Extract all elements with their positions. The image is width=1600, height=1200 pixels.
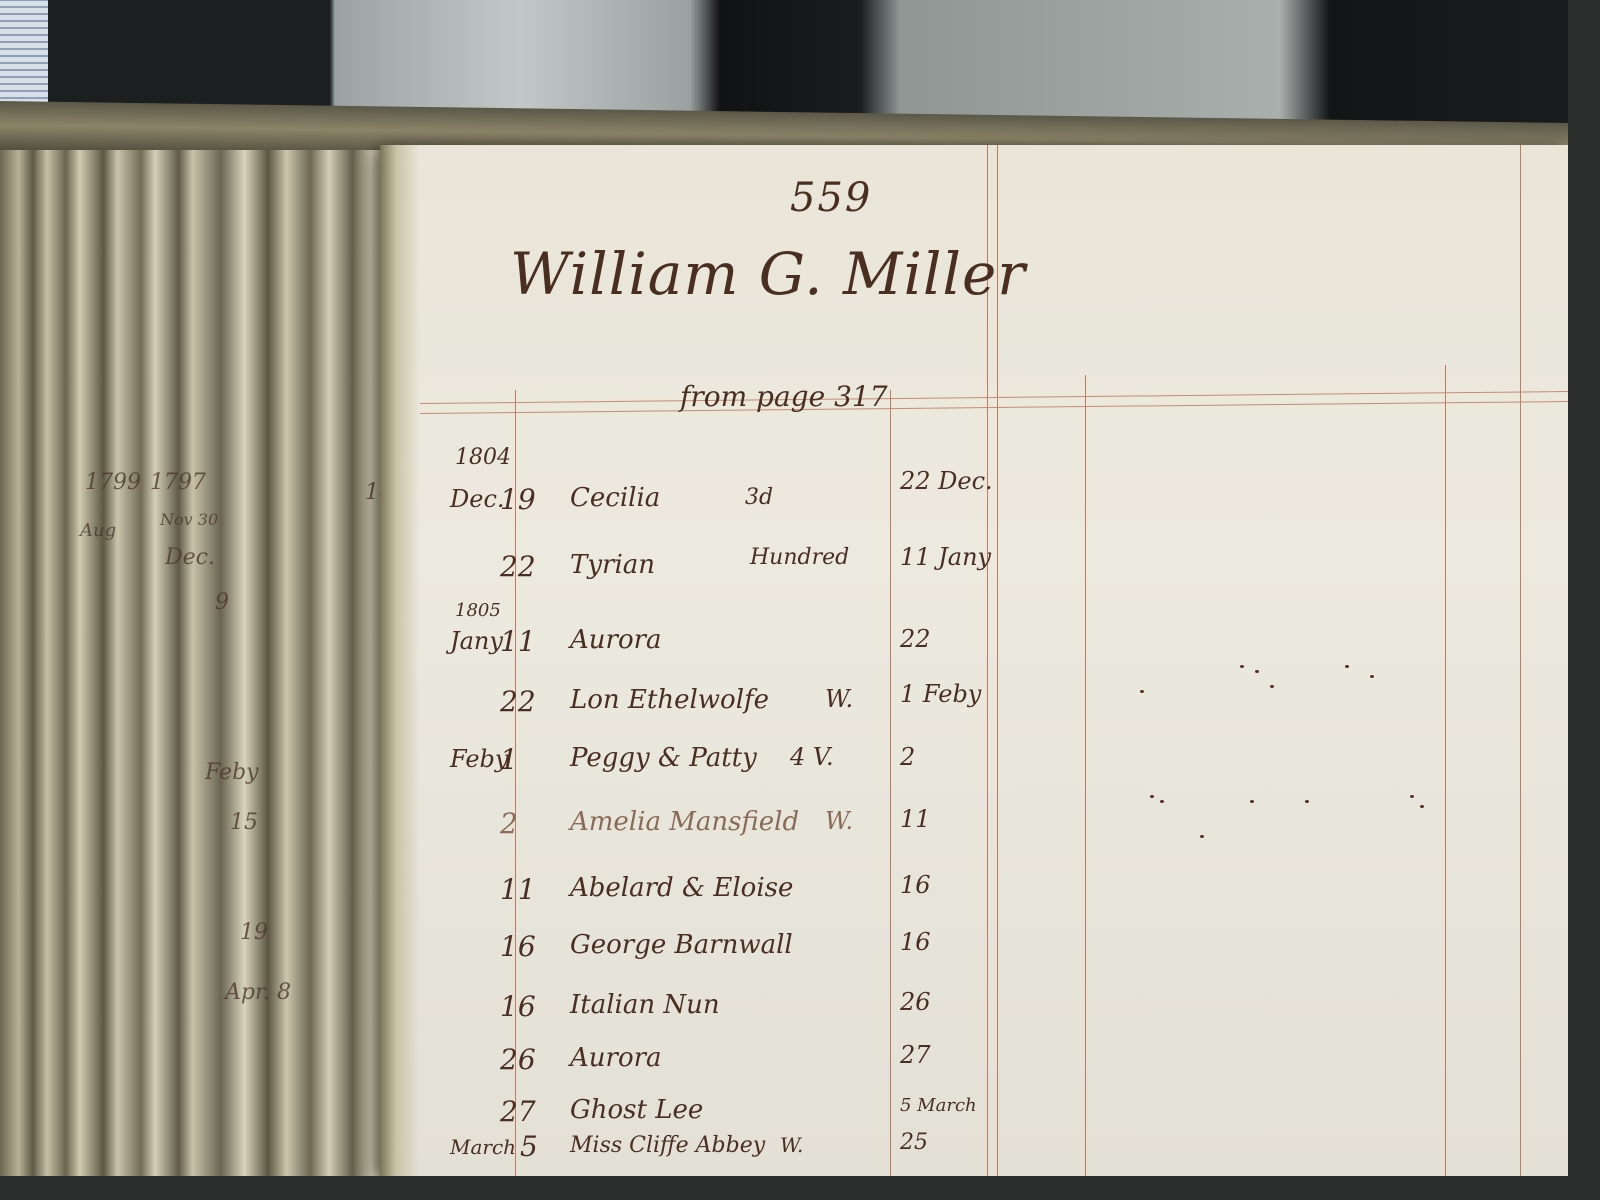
ledger-page: 559 William G. Miller from page 317 1804…	[380, 145, 1568, 1176]
entry-to-date: 16	[900, 928, 931, 956]
stack-fragment: Nov 30	[160, 510, 218, 529]
ink-spot	[1410, 795, 1414, 798]
ruling-line	[1520, 145, 1521, 1176]
entry-to-date: 2	[900, 743, 915, 771]
ink-spot	[1370, 675, 1374, 678]
entry-day: 16	[500, 990, 536, 1023]
entry-to-date: 16	[900, 871, 931, 899]
entry-day: 2	[500, 807, 518, 840]
entry-month: Dec.	[450, 485, 505, 513]
entry-day: 11	[500, 625, 536, 658]
stack-fragment: 15	[230, 810, 258, 835]
stack-fragment: Apr. 8	[225, 980, 291, 1005]
ink-spot	[1200, 835, 1204, 838]
ink-spot	[1160, 800, 1164, 803]
ruling-line	[890, 390, 891, 1176]
entry-vessel: Aurora	[570, 625, 662, 655]
entry-to-date: 22	[900, 625, 931, 653]
entry-day: 27	[500, 1095, 536, 1128]
entry-note: 3d	[745, 485, 773, 510]
entry-day: 22	[500, 550, 536, 583]
entry-to-date: 11	[900, 805, 931, 833]
entry-day: 1	[500, 743, 518, 776]
page-gutter	[380, 145, 420, 1176]
ink-spot	[1305, 800, 1309, 803]
entry-day: 26	[500, 1043, 536, 1076]
ink-spot	[1140, 690, 1144, 693]
entry-vessel: Abelard & Eloise	[570, 873, 793, 903]
entry-vessel: Miss Cliffe Abbey	[570, 1133, 765, 1158]
entry-to-date: 5 March	[900, 1095, 977, 1116]
ink-spot	[1250, 800, 1254, 803]
entry-to-date: 25	[900, 1130, 928, 1155]
entry-day: 16	[500, 930, 536, 963]
entry-vessel: Ghost Lee	[570, 1095, 703, 1125]
ruling-line	[1445, 365, 1446, 1176]
account-holder-name: William G. Miller	[510, 240, 1026, 308]
entry-vessel: George Barnwall	[570, 930, 793, 960]
ink-spot	[1150, 795, 1154, 798]
entry-to-date: 27	[900, 1041, 931, 1069]
stack-fragment: 9	[215, 590, 229, 615]
entry-vessel: Italian Nun	[570, 990, 720, 1020]
entry-note: W.	[825, 807, 853, 835]
entry-year: 1805	[455, 600, 501, 621]
ink-spot	[1240, 665, 1244, 668]
entry-vessel: Tyrian	[570, 550, 655, 580]
ink-spot	[1345, 665, 1349, 668]
stack-fragment: Feby	[205, 760, 259, 785]
entry-vessel: Amelia Mansfield	[570, 807, 799, 837]
ink-spot	[1420, 805, 1424, 808]
carried-from-note: from page 317	[680, 380, 888, 413]
stack-fragment: Dec.	[165, 545, 215, 570]
entry-vessel: Aurora	[570, 1043, 662, 1073]
entry-to-date: 1 Feby	[900, 680, 981, 708]
ruling-line	[420, 401, 1568, 414]
entry-note: 4 V.	[790, 743, 834, 771]
entry-to-date: 11 Jany	[900, 543, 991, 571]
stack-fragment: Aug	[80, 520, 116, 541]
entry-day: 11	[500, 873, 536, 906]
entry-vessel: Cecilia	[570, 483, 660, 513]
entry-day: 22	[500, 685, 536, 718]
stack-fragment: 1799	[85, 470, 141, 495]
ruling-line	[1085, 375, 1086, 1176]
page-number: 559	[790, 175, 872, 221]
stack-fragment: 1797	[150, 470, 206, 495]
entry-vessel: Lon Ethelwolfe	[570, 685, 769, 715]
entry-note: Hundred	[750, 545, 849, 570]
ink-spot	[1270, 685, 1274, 688]
ink-spot	[1255, 670, 1259, 673]
entry-day: 19	[500, 483, 536, 516]
stack-fragment: 19	[240, 920, 268, 945]
entry-to-date: 26	[900, 988, 931, 1016]
entry-to-date: 22 Dec.	[900, 467, 993, 495]
entry-day: 5	[520, 1130, 538, 1163]
entry-vessel: Peggy & Patty	[570, 743, 757, 773]
entry-month: March	[450, 1135, 516, 1159]
entry-year: 1804	[455, 445, 511, 470]
entry-month: Jany	[450, 627, 503, 655]
entry-note: W.	[780, 1133, 803, 1157]
entry-note: W.	[825, 685, 853, 713]
